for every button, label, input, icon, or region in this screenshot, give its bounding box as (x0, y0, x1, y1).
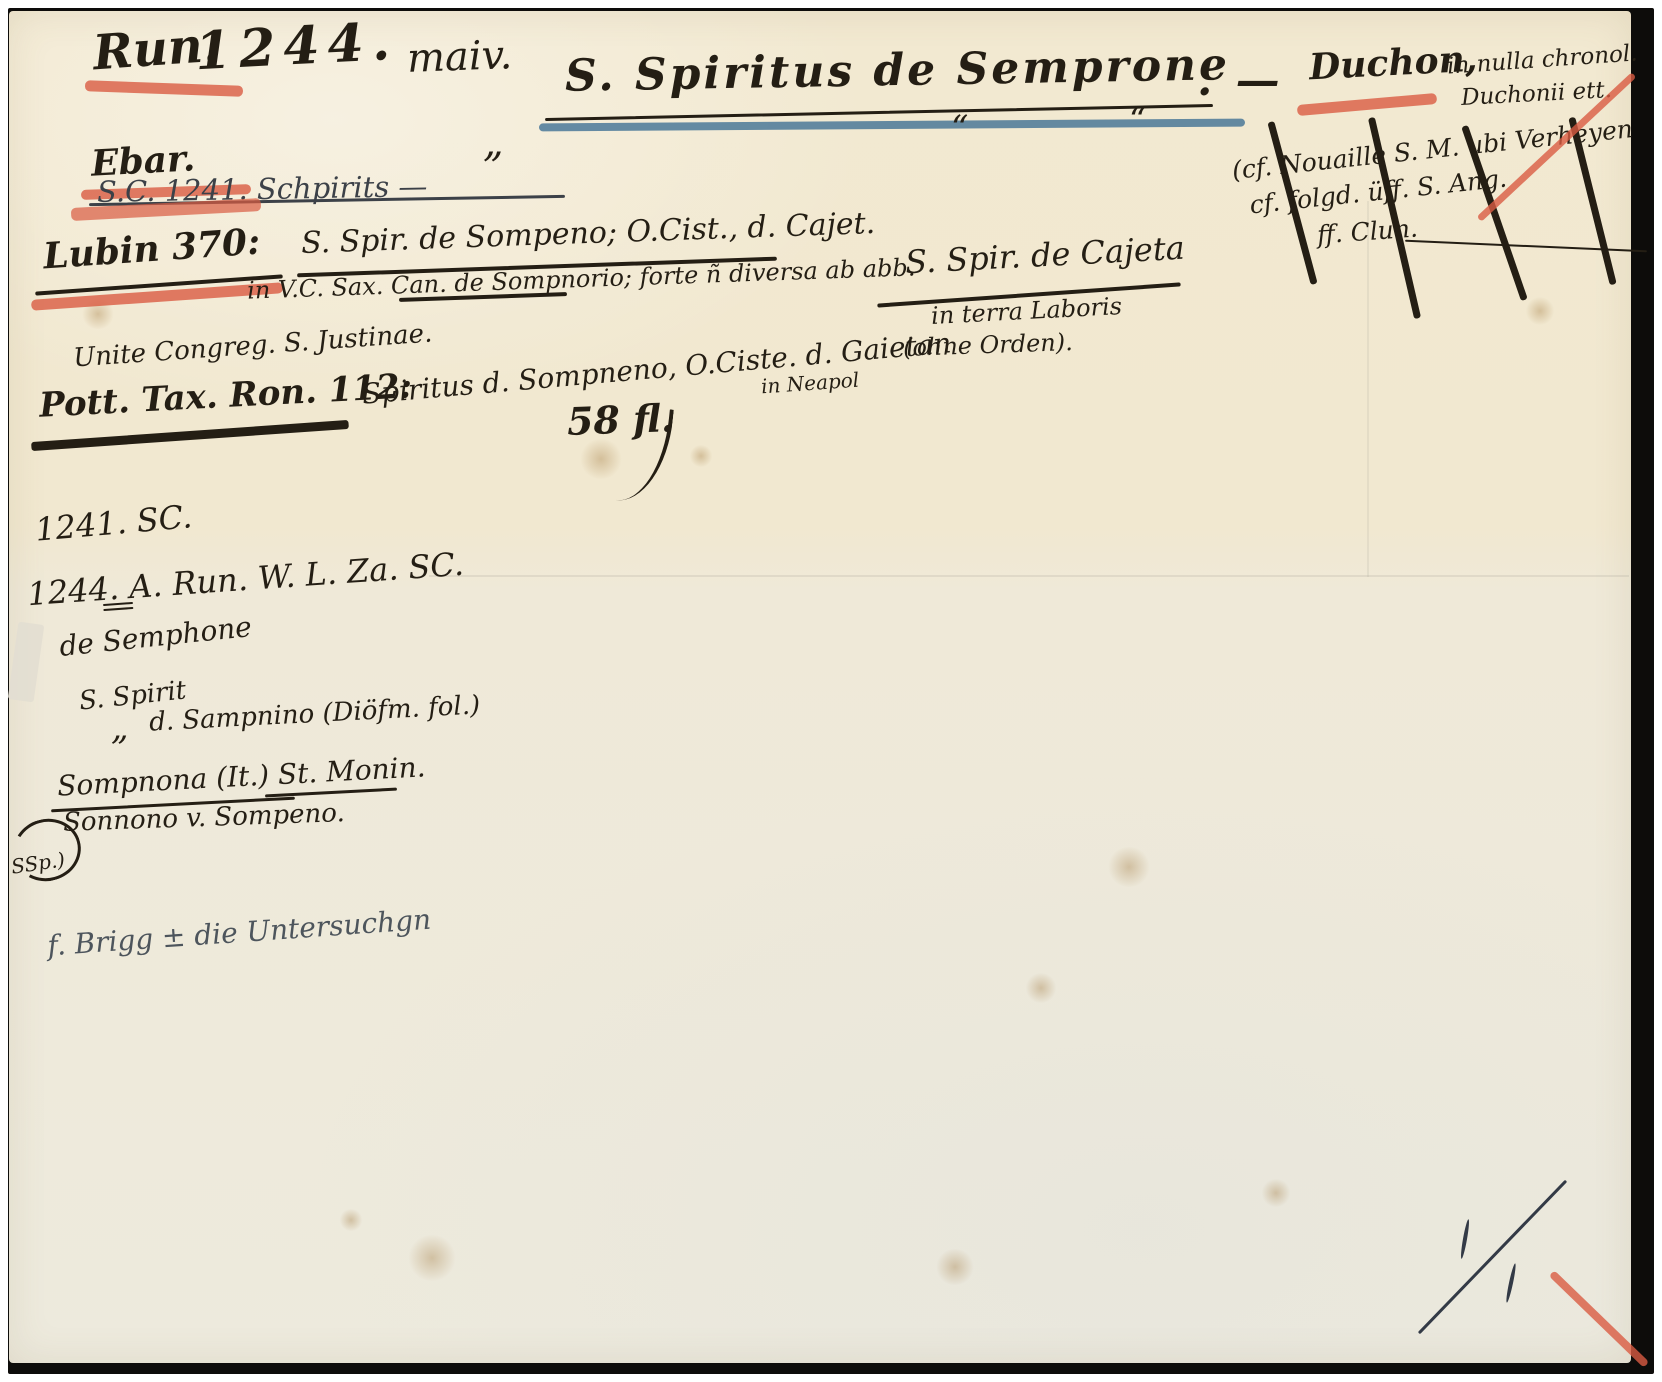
red-underline-duchon (1297, 93, 1437, 116)
corner-tick (1460, 1219, 1471, 1259)
stain (339, 1209, 363, 1231)
stain (689, 445, 713, 467)
year-1244-entry: 1244. A. Run. W. L. Za. SC. (26, 548, 464, 610)
title-suffix-dash: . — (1197, 59, 1284, 103)
stain (935, 1249, 975, 1285)
ditto-mark: „ (483, 123, 504, 163)
variant-sompnona: Sompnona (It.) St. Monin. (57, 753, 427, 800)
tape-fragment (8, 622, 45, 703)
second-card-edge-vertical (1367, 201, 1369, 577)
stain (579, 439, 623, 479)
pott-place: in Neapol (760, 370, 859, 397)
variant-semphone: de Semphone (58, 613, 253, 661)
year-note: 1244. (194, 16, 399, 79)
title-ink-underline (545, 104, 1213, 121)
stain (1261, 1179, 1291, 1207)
variant-sonnono: Sonnono v. Sompeno. (63, 800, 346, 836)
lubin-label: Lubin 370: (42, 223, 261, 274)
ditto-quote: „ (111, 711, 129, 745)
variant-sampnino: d. Sampnino (Diöfm. fol.) (149, 692, 481, 735)
pott-heavy-underline (31, 420, 349, 451)
ditto-mark: “ (1129, 103, 1146, 137)
index-card: Run. 1244. maiv. S. Spiritus de Semprone… (9, 11, 1631, 1363)
stain (1525, 297, 1555, 325)
stain (1025, 973, 1057, 1003)
card-title: S. Spiritus de Semprone (565, 43, 1231, 99)
pott-label: Pott. Tax. Ron. 112: (38, 369, 413, 422)
lubin-main: S. Spir. de Sompeno; O.Cist., d. Cajet. (301, 209, 876, 259)
ditto-mark: “ (951, 111, 968, 145)
crossed-note-underline (1405, 240, 1647, 253)
amount-flourish (616, 405, 674, 505)
corner-diagonal-stroke (1418, 1180, 1567, 1335)
year-1241-entry: 1241. SC. (34, 500, 193, 546)
second-card-edge-horizontal (429, 575, 1629, 577)
cajeta-reference: S. Spir. de Cajeta (904, 232, 1185, 279)
pencil-note: f. Brigg ± die Untersuchgn (46, 906, 431, 961)
stain (407, 1235, 457, 1281)
red-underline-run (85, 80, 243, 97)
corner-tick (1505, 1263, 1517, 1303)
stain (1107, 847, 1151, 887)
unite-note: Unite Congreg. S. Justinae. (73, 320, 434, 371)
month-note: maiv. (406, 35, 512, 79)
duchon-note-line2: Duchonii ett. (1461, 79, 1613, 110)
